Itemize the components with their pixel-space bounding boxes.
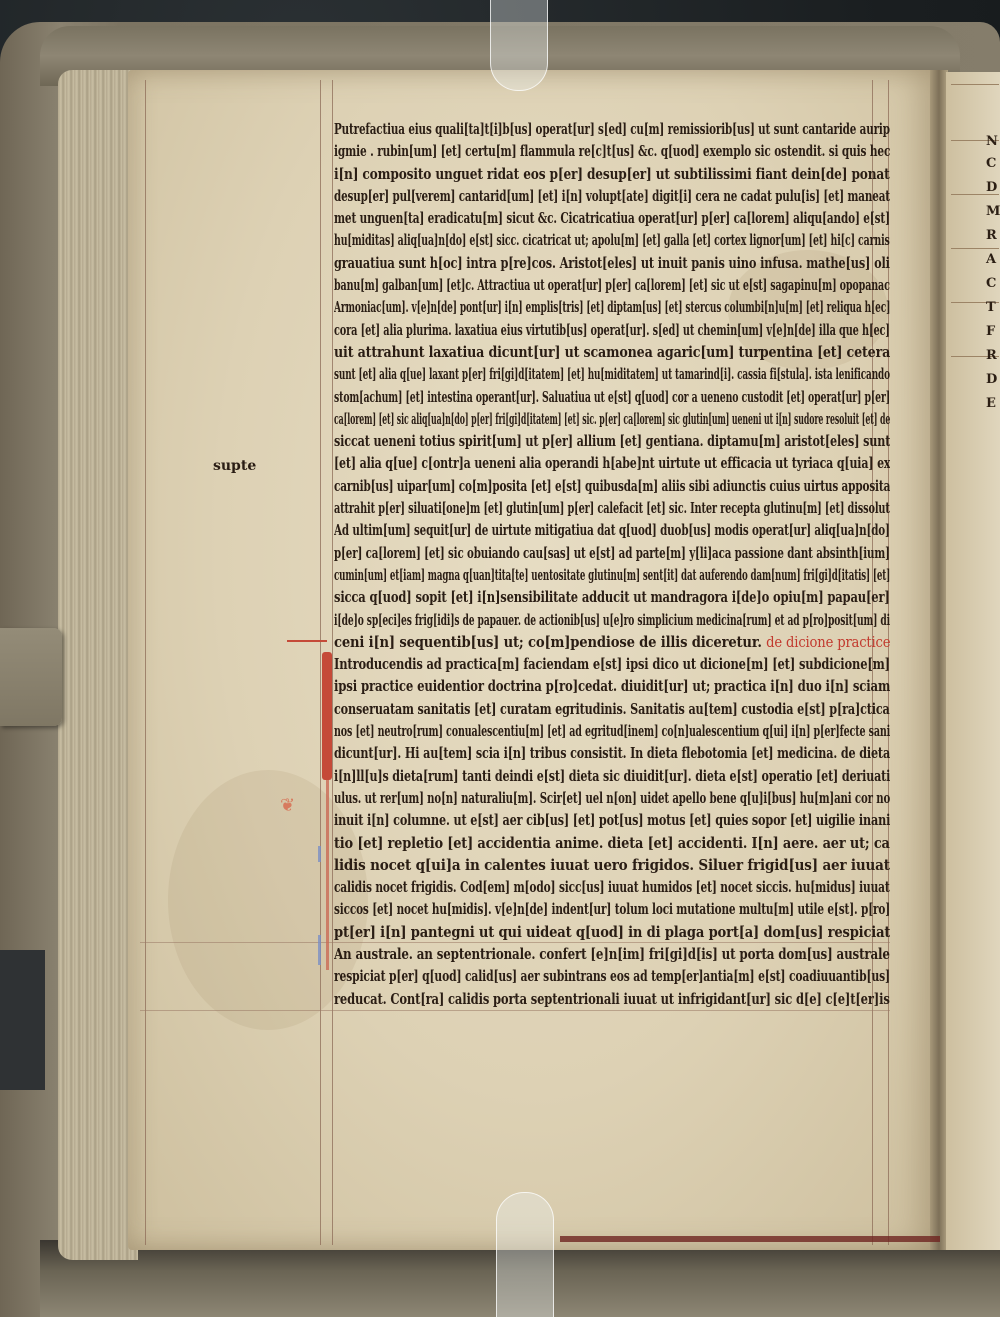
text-line: sunt [et] alia q[ue] laxant p[er] fri[gi… xyxy=(334,363,890,385)
facing-letter: A xyxy=(986,252,996,267)
facing-letter: E xyxy=(986,396,996,411)
red-flourish: ❦ xyxy=(280,795,302,825)
text-line: met unguen[ta] eradicatu[m] sicut &c. Ci… xyxy=(334,207,890,229)
text-line: sicca q[uod] sopit [et] i[n]sensibilitat… xyxy=(334,586,890,608)
text-line: siccos [et] nocet hu[midis]. v[e]n[de] i… xyxy=(334,898,890,920)
rubric-heading: de dicione practice xyxy=(766,633,890,651)
text-left-rule-2 xyxy=(332,80,333,1245)
text-line: nos [et] neutro[rum] conualescentiu[m] [… xyxy=(334,720,890,742)
blue-paragraph-mark xyxy=(318,935,321,965)
text-line: attrahit p[er] siluati[one]m [et] glutin… xyxy=(334,497,890,519)
main-text-block: Putrefactiua eius quali[ta]t[i]b[us] ope… xyxy=(334,118,890,1010)
text-line: uit attrahunt laxatiua dicunt[ur] ut sca… xyxy=(334,341,890,363)
text-line: cora [et] alia plurima. laxatiua eius vi… xyxy=(334,319,890,341)
text-line: Armoniac[um]. v[e]n[de] pont[ur] i[n] em… xyxy=(334,296,890,318)
facing-letter: F xyxy=(986,324,995,339)
facing-letter: C xyxy=(986,276,996,291)
text-line: desup[er] pul[verem] cantarid[um] [et] i… xyxy=(334,185,890,207)
horizontal-rule xyxy=(140,1010,890,1011)
red-initial-stem xyxy=(326,780,329,970)
text-line: stom[achum] [et] intestina operant[ur]. … xyxy=(334,386,890,408)
text-line: ca[lorem] [et] sic aliq[ua]n[do] p[er] f… xyxy=(334,408,890,430)
binding-gap xyxy=(0,950,45,1090)
text-line: tio [et] repletio [et] accidentia anime.… xyxy=(334,832,890,854)
facing-letter: R xyxy=(986,228,997,243)
page-holder-bottom xyxy=(496,1192,554,1317)
text-line: Putrefactiua eius quali[ta]t[i]b[us] ope… xyxy=(334,118,890,140)
text-line: hu[miditas] aliq[ua]n[do] e[st] sicc. ci… xyxy=(334,229,890,251)
text-line: carnib[us] uipar[um] co[m]posita [et] e[… xyxy=(334,475,890,497)
facing-letter: M xyxy=(986,204,1000,219)
text-line: i[de]o sp[eci]es frig[idi]s de papauer. … xyxy=(334,609,890,631)
facing-letter: C xyxy=(986,156,996,171)
text-line: siccat ueneni totius spirit[um] ut p[er]… xyxy=(334,430,890,452)
blue-paragraph-mark xyxy=(318,846,321,862)
text-line: dicunt[ur]. Hi au[tem] scia i[n] tribus … xyxy=(334,742,890,764)
text-line: lidis nocet q[ui]a in calentes iuuat uer… xyxy=(334,854,890,876)
text-line: respiciat p[er] q[uod] calid[us] aer sub… xyxy=(334,965,890,987)
text-line: grauatiua sunt h[oc] intra p[re]cos. Ari… xyxy=(334,252,890,274)
text-line: reducat. Cont[ra] calidis porta septentr… xyxy=(334,988,890,1010)
facing-letter: D xyxy=(986,180,997,195)
facing-letter: T xyxy=(986,300,996,315)
outer-margin-rule xyxy=(145,80,146,1245)
text-line: An australe. an septentrionale. confert … xyxy=(334,943,890,965)
facing-letter: N xyxy=(986,134,998,149)
red-page-edge xyxy=(560,1236,940,1242)
text-line: banu[m] galban[um] [et]c. Attractiua ut … xyxy=(334,274,890,296)
facing-ruling xyxy=(951,248,999,249)
text-line: cumin[um] et[iam] magna q[uan]tita[te] u… xyxy=(334,564,890,586)
margin-annotation: supte xyxy=(213,458,256,474)
facing-ruling xyxy=(951,84,999,85)
red-initial-I xyxy=(322,652,332,780)
text-line: conseruatam sanitatis [et] curatam egrit… xyxy=(334,698,890,720)
text-left-rule-1 xyxy=(320,80,321,1245)
text-line-with-rubric: ceni i[n] sequentib[us] ut; co[m]pendios… xyxy=(334,631,890,653)
text-line: Introducendis ad practica[m] faciendam e… xyxy=(334,653,890,675)
text-line: pt[er] i[n] pantegni ut qui uideat q[uod… xyxy=(334,921,890,943)
page-stack-edges xyxy=(58,70,138,1260)
text-line: i[n] composito unguet ridat eos p[er] de… xyxy=(334,163,890,185)
text-span: ceni i[n] sequentib[us] ut; co[m]pendios… xyxy=(334,633,766,651)
text-line: Ad ultim[um] sequit[ur] de uirtute mitig… xyxy=(334,519,890,541)
text-line: igmie . rubin[um] [et] certu[m] flammula… xyxy=(334,140,890,162)
text-line: inuit i[n] columne. ut e[st] aer cib[us]… xyxy=(334,809,890,831)
text-line: p[er] ca[lorem] [et] sic obuiando cau[sa… xyxy=(334,542,890,564)
text-line: i[n]ll[u]s dieta[rum] tanti deindi e[st]… xyxy=(334,765,890,787)
text-line: ipsi practice euidentior doctrina p[ro]c… xyxy=(334,675,890,697)
text-line: ulus. ut rer[um] no[n] naturaliu[m]. Sci… xyxy=(334,787,890,809)
facing-page: N C D M R A C T F R D E xyxy=(946,72,1000,1250)
page-holder-top xyxy=(490,0,548,91)
facing-letter: D xyxy=(986,372,997,387)
red-initial-hook xyxy=(287,640,327,642)
text-line: [et] alia q[ue] c[ontr]a ueneni alia ope… xyxy=(334,452,890,474)
clasp-strap xyxy=(0,628,62,726)
text-line: calidis nocet frigidis. Cod[em] m[odo] s… xyxy=(334,876,890,898)
facing-letter: R xyxy=(986,348,997,363)
